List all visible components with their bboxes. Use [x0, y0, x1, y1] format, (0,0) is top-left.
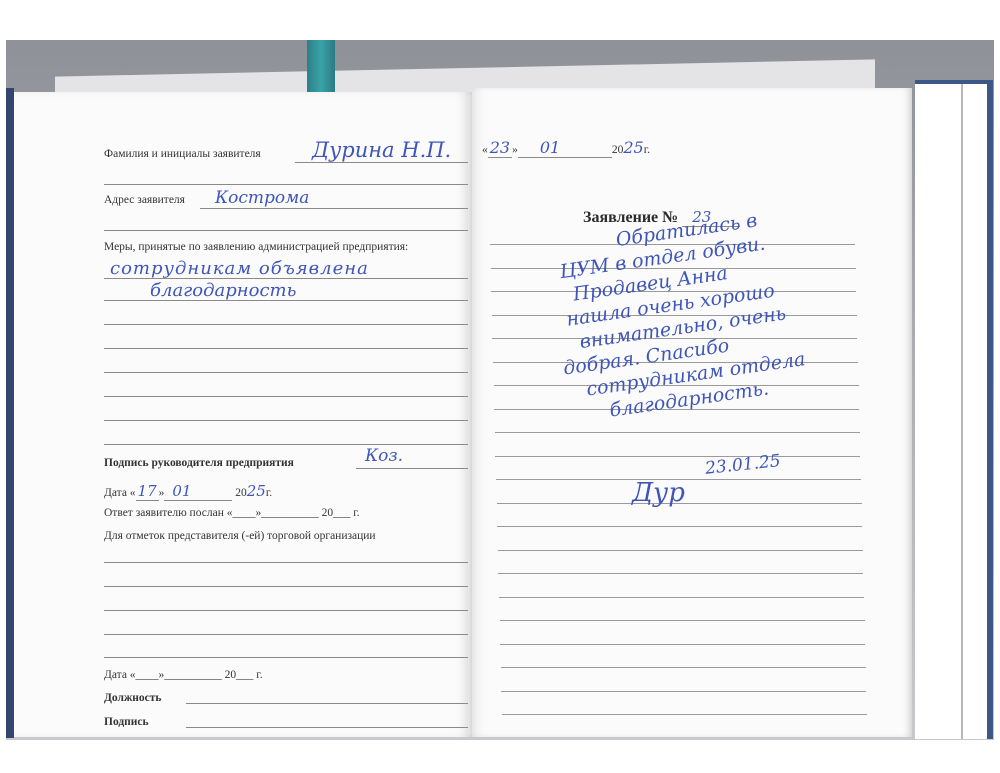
measures-label: Меры, принятые по заявлению администраци… — [104, 241, 408, 253]
address-label: Адрес заявителя — [104, 194, 185, 206]
manager-signature-value: Коз. — [365, 446, 403, 466]
form-line — [104, 184, 471, 185]
ruled-line — [498, 550, 863, 551]
applicant-name-value: Дурина Н.П. — [312, 138, 451, 162]
book-cover-left — [6, 88, 14, 738]
reply-sent-label: Ответ заявителю послан «____»__________ … — [104, 507, 360, 519]
date1-year: 25 — [247, 482, 266, 500]
form-line — [104, 634, 471, 635]
right-page — [472, 88, 912, 737]
ruled-line — [501, 667, 866, 668]
page-edge — [961, 84, 963, 739]
form-line — [104, 420, 471, 421]
form-line — [104, 300, 471, 301]
form-line — [104, 348, 471, 349]
signature-label: Подпись — [104, 716, 149, 728]
ruled-line — [500, 620, 865, 621]
manager-signature-line — [356, 468, 471, 469]
manager-signature-label: Подпись руководителя предприятия — [104, 457, 294, 469]
representative-label: Для отметок представителя (-ей) торговой… — [104, 530, 376, 542]
date1-suffix: г. — [266, 487, 272, 499]
date-suffix: г. — [644, 144, 650, 156]
address-value: Кострома — [215, 188, 309, 208]
ruled-line — [499, 597, 864, 598]
address-line — [200, 208, 471, 209]
date-day: 23 — [488, 138, 512, 158]
position-label: Должность — [104, 692, 162, 704]
position-line — [186, 703, 471, 704]
ruled-line — [501, 691, 866, 692]
application-date: «23»012025г. — [482, 138, 650, 158]
ruled-line — [502, 714, 867, 715]
applicant-name-label: Фамилия и инициалы заявителя — [104, 148, 261, 160]
ruled-line — [497, 526, 862, 527]
form-line — [104, 230, 471, 231]
form-line — [104, 396, 471, 397]
bookmark-ribbon — [307, 40, 335, 95]
date-open-quote: « — [482, 144, 488, 156]
form-line — [104, 444, 471, 445]
form-line — [104, 610, 471, 611]
form-line — [104, 657, 471, 658]
form-line — [104, 562, 471, 563]
applicant-name-line — [295, 162, 471, 163]
date1-year-prefix: 20 — [235, 487, 247, 499]
date1-month: 01 — [164, 482, 232, 501]
date-row-1: Дата «17»01 2025г. — [104, 482, 272, 501]
ruled-line — [500, 644, 865, 645]
measures-value-line1: сотрудникам объявлена — [110, 258, 369, 279]
signature-line — [186, 727, 471, 728]
book-cover-right — [915, 80, 993, 739]
ruled-line — [498, 573, 863, 574]
date-year: 25 — [623, 138, 643, 157]
measures-value-line2: благодарность — [150, 280, 296, 301]
form-line — [104, 324, 471, 325]
ruled-line — [495, 456, 860, 457]
ruled-line — [495, 432, 860, 433]
date-month: 01 — [518, 138, 612, 158]
date1-day: 17 — [136, 482, 159, 501]
applicant-signature: Дур — [632, 478, 685, 508]
date1-prefix: Дата « — [104, 487, 136, 499]
form-line — [104, 372, 471, 373]
form-line — [104, 586, 471, 587]
date-year-prefix: 20 — [612, 144, 624, 156]
form-line — [104, 278, 471, 279]
date2-label: Дата «____»__________ 20___ г. — [104, 669, 263, 681]
